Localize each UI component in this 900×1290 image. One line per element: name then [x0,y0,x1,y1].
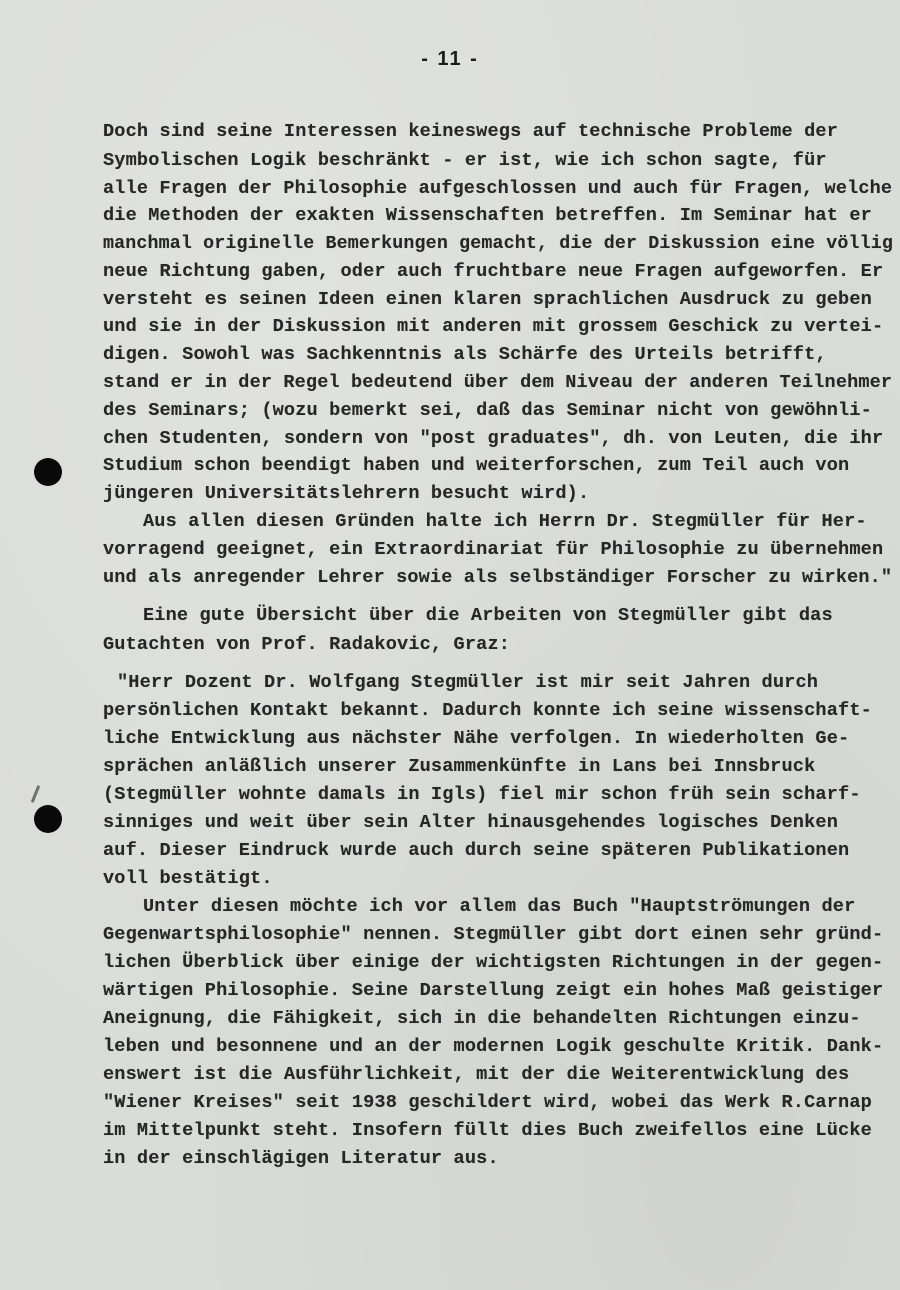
text-line: chen Studenten, sondern von "post gradua… [103,428,883,450]
text-line: Gutachten von Prof. Radakovic, Graz: [103,634,510,656]
pencil-margin-mark [31,785,41,803]
text-line: jüngeren Universitätslehrern besucht wir… [103,483,589,505]
text-line: (Stegmüller wohnte damals in Igls) fiel … [103,784,861,806]
text-line: auf. Dieser Eindruck wurde auch durch se… [103,840,849,862]
text-line: des Seminars; (wozu bemerkt sei, daß das… [103,400,872,422]
document-page: - 11 - Doch sind seine Interessen keines… [0,0,900,1290]
text-line: und sie in der Diskussion mit anderen mi… [103,316,883,338]
text-line: vorragend geeignet, ein Extraordinariat … [103,539,883,561]
punch-hole-upper [34,458,62,486]
text-line: Eine gute Übersicht über die Arbeiten vo… [143,605,833,627]
text-line: digen. Sowohl was Sachkenntnis als Schär… [103,344,827,366]
text-line: liche Entwicklung aus nächster Nähe verf… [103,728,849,750]
text-line: lichen Überblick über einige der wichtig… [103,952,883,974]
text-line: Aus allen diesen Gründen halte ich Herrn… [143,511,867,533]
text-line: sinniges und weit über sein Alter hinaus… [103,812,838,834]
text-line: neue Richtung gaben, oder auch fruchtbar… [103,261,883,283]
text-line: sprächen anläßlich unserer Zusammenkünft… [103,756,815,778]
text-line: alle Fragen der Philosophie aufgeschloss… [103,178,892,200]
text-line: stand er in der Regel bedeutend über dem… [103,372,892,394]
text-line: manchmal originelle Bemerkungen gemacht,… [103,233,893,255]
text-line: im Mittelpunkt steht. Insofern füllt die… [103,1120,872,1142]
text-line: Gegenwartsphilosophie" nennen. Stegmülle… [103,924,883,946]
page-number: - 11 - [0,48,900,71]
text-line: versteht es seinen Ideen einen klaren sp… [103,289,872,311]
text-line: Unter diesen möchte ich vor allem das Bu… [143,896,855,918]
text-line: Studium schon beendigt haben und weiterf… [103,455,849,477]
text-line: leben und besonnene und an der modernen … [103,1036,883,1058]
text-line: "Wiener Kreises" seit 1938 geschildert w… [103,1092,872,1114]
text-line: enswert ist die Ausführlichkeit, mit der… [103,1064,849,1086]
text-line: voll bestätigt. [103,868,273,890]
text-line: Doch sind seine Interessen keineswegs au… [103,121,838,143]
text-line: wärtigen Philosophie. Seine Darstellung … [103,980,883,1002]
text-line: "Herr Dozent Dr. Wolfgang Stegmüller ist… [117,672,818,694]
text-line: und als anregender Lehrer sowie als selb… [103,567,892,589]
punch-hole-lower [34,805,62,833]
text-line: Symbolischen Logik beschränkt - er ist, … [103,150,827,172]
text-line: Aneignung, die Fähigkeit, sich in die be… [103,1008,861,1030]
text-line: in der einschlägigen Literatur aus. [103,1148,499,1170]
text-line: die Methoden der exakten Wissenschaften … [103,205,872,227]
text-line: persönlichen Kontakt bekannt. Dadurch ko… [103,700,872,722]
